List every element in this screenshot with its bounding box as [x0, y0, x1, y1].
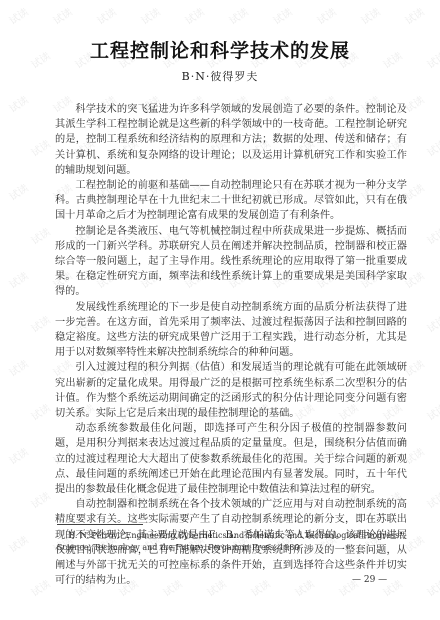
article-title: 工程控制论和科学技术的发展 — [0, 36, 440, 63]
paragraph: 引入过渡过程的积分判据（估值）和发展适当的理论就有可能在此领域研究出崭新的定量化… — [55, 360, 407, 421]
paragraph: 动态系统参数最佳化问题，即选择可产生积分因子极值的控制器参数问题，是用积分判据来… — [55, 421, 407, 497]
footnote-line-1: B. N. Petrov, "Engineering Cybernetics a… — [57, 530, 409, 542]
paragraph: 控制论是各类液压、电气等机械控制过程中所获成果进一步提炼、概括而形成的一门新兴学… — [55, 224, 407, 300]
footnote-divider — [57, 524, 143, 525]
footnote-line-2: Science, Technology and the Future, Perg… — [57, 542, 409, 554]
paragraph: 发展线性系统理论的下一步是使自动控制系统方面的品质分析法获得了进一步完善。在这方… — [55, 300, 407, 361]
article-author: B·N·彼得罗夫 — [0, 68, 440, 84]
article-body: 科学技术的突飞猛进为许多科学领域的发展创造了必要的条件。控制论及其派生学科工程控… — [55, 102, 407, 589]
page-number: — 29 — — [352, 575, 387, 585]
document-page: 工程控制论和科学技术的发展 B·N·彼得罗夫 科学技术的突飞猛进为许多科学领域的… — [0, 0, 440, 620]
paragraph: 科学技术的突飞猛进为许多科学领域的发展创造了必要的条件。控制论及其派生学科工程控… — [55, 102, 407, 178]
paragraph: 工程控制论的前驱和基础——自动控制理论只有在苏联才视为一种分支学科。古典控制理论… — [55, 178, 407, 224]
footnote: B. N. Petrov, "Engineering Cybernetics a… — [57, 530, 409, 554]
